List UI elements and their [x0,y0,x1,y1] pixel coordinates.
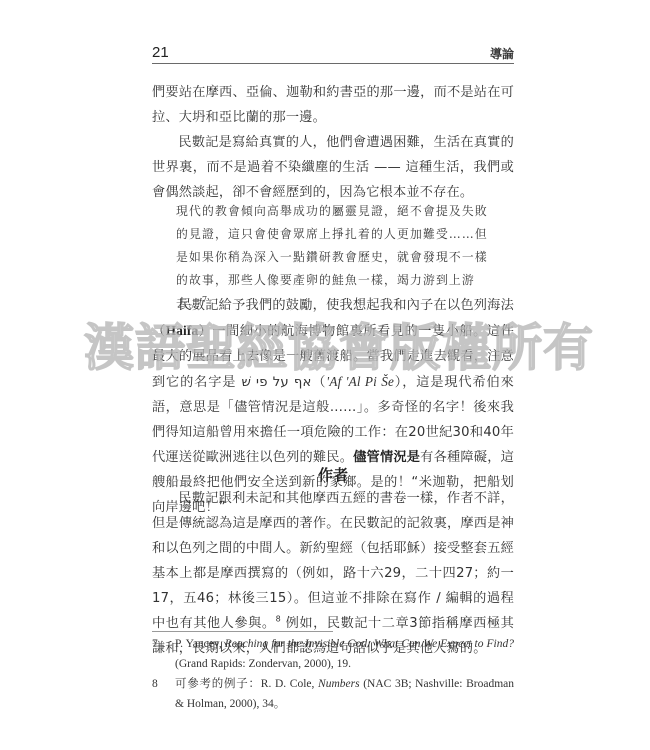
footnote-7: 7 P. Yancey, Reaching for the Invisible … [152,634,514,674]
running-header: 21 導論 [152,44,514,64]
transliteration: 'Af 'Al Pi Še [326,374,394,389]
paragraph-2-text: 民數記是寫給真實的人，他們會遭遇困難，生活在真實的世界裏，而不是過着不染纖塵的生… [152,130,514,205]
hebrew-boat-name: אף על פי שׁ [241,375,311,390]
section-heading-author: 作者 [152,464,514,485]
place-name-haifa: Haifa [166,323,199,338]
footnote-8: 8 可參考的例子：R. D. Cole, Numbers (NAC 3B; Na… [152,674,514,714]
bold-phrase: 儘管情況是 [353,450,420,465]
footnote-number: 7 [152,634,175,674]
p4-part1: 民數記跟利未記和其他摩西五經的書卷一樣，作者不詳，但是傳統認為這是摩西的著作。在… [152,491,514,631]
footnote-author: 可參考的例子：R. D. Cole, [175,678,318,690]
footnote-publication: (Grand Rapids: Zondervan, 2000), 19. [175,658,351,670]
p3-part3: （ [312,375,327,390]
chapter-title: 導論 [490,45,514,62]
paragraph-2: 民數記是寫給真實的人，他們會遭遇困難，生活在真實的世界裏，而不是過着不染纖塵的生… [152,130,514,205]
paragraph-1-text: 們要站在摩西、亞倫、迦勒和約書亞的那一邊，而不是站在可拉、大坍和亞比蘭的那一邊。 [152,80,514,130]
paragraph-continuation: 們要站在摩西、亞倫、迦勒和約書亞的那一邊，而不是站在可拉、大坍和亞比蘭的那一邊。 [152,80,514,130]
footnotes: 7 P. Yancey, Reaching for the Invisible … [152,634,514,714]
footnote-book-title: Reaching for the Invisible God: What Can… [225,638,514,650]
footnote-book-title: Numbers [318,678,360,690]
page-number: 21 [152,44,169,61]
footnote-author: P. Yancey, [175,638,225,650]
footnote-number: 8 [152,674,175,714]
footnote-divider [152,631,333,632]
